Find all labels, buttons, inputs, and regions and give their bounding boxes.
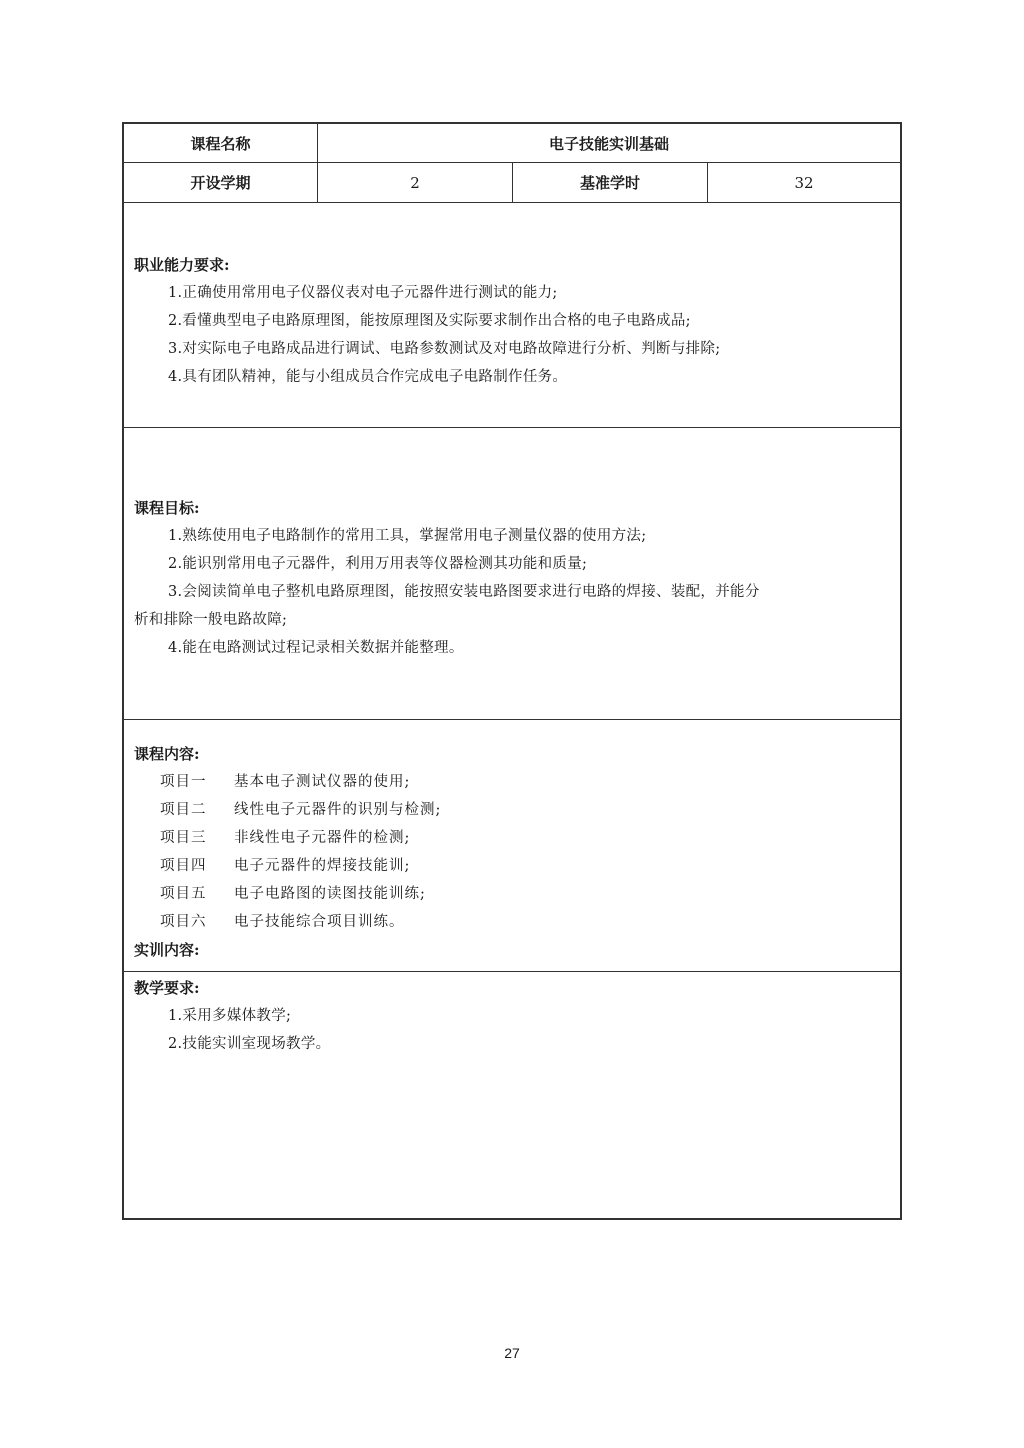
project-name: 电子技能综合项目训练。: [234, 914, 405, 930]
project-item: 项目六电子技能综合项目训练。: [134, 908, 900, 936]
competency-title: 职业能力要求:: [134, 251, 900, 279]
project-number: 项目六: [160, 908, 234, 936]
competency-section: 职业能力要求: 1.正确使用常用电子仪器仪表对电子元器件进行测试的能力; 2.看…: [124, 203, 900, 428]
objective-item: 3.会阅读简单电子整机电路原理图，能按照安装电路图要求进行电路的焊接、装配，并能…: [134, 578, 900, 606]
training-title: 实训内容:: [134, 936, 900, 964]
course-table: 课程名称 电子技能实训基础 开设学期 2 基准学时 32 职业能力要求: 1.正…: [122, 122, 902, 1220]
project-number: 项目三: [160, 824, 234, 852]
project-name: 基本电子测试仪器的使用;: [234, 774, 410, 790]
project-name: 线性电子元器件的识别与检测;: [234, 802, 441, 818]
project-number: 项目四: [160, 852, 234, 880]
competency-item: 1.正确使用常用电子仪器仪表对电子元器件进行测试的能力;: [134, 279, 900, 307]
content-section: 课程内容: 项目一基本电子测试仪器的使用; 项目二线性电子元器件的识别与检测; …: [124, 720, 900, 972]
hours-label: 基准学时: [513, 163, 708, 202]
project-number: 项目五: [160, 880, 234, 908]
objectives-title: 课程目标:: [134, 494, 900, 522]
project-number: 项目二: [160, 796, 234, 824]
course-name-row: 课程名称 电子技能实训基础: [124, 124, 900, 163]
teaching-title: 教学要求:: [134, 974, 900, 1002]
project-item: 项目三非线性电子元器件的检测;: [134, 824, 900, 852]
project-number: 项目一: [160, 768, 234, 796]
project-item: 项目四电子元器件的焊接技能训;: [134, 852, 900, 880]
semester-row: 开设学期 2 基准学时 32: [124, 163, 900, 203]
teaching-item: 1.采用多媒体教学;: [134, 1002, 900, 1030]
teaching-item: 2.技能实训室现场教学。: [134, 1030, 900, 1058]
teaching-section: 教学要求: 1.采用多媒体教学; 2.技能实训室现场教学。: [124, 972, 900, 1218]
project-name: 非线性电子元器件的检测;: [234, 830, 410, 846]
competency-item: 2.看懂典型电子电路原理图，能按原理图及实际要求制作出合格的电子电路成品;: [134, 307, 900, 335]
objective-item: 4.能在电路测试过程记录相关数据并能整理。: [134, 634, 900, 662]
objective-item-continuation: 析和排除一般电路故障;: [134, 606, 900, 634]
page-number: 27: [0, 1345, 1024, 1361]
objective-item: 2.能识别常用电子元器件，利用万用表等仪器检测其功能和质量;: [134, 550, 900, 578]
project-item: 项目一基本电子测试仪器的使用;: [134, 768, 900, 796]
content-title: 课程内容:: [134, 740, 900, 768]
project-item: 项目二线性电子元器件的识别与检测;: [134, 796, 900, 824]
course-name-label: 课程名称: [124, 124, 318, 162]
objectives-section: 课程目标: 1.熟练使用电子电路制作的常用工具，掌握常用电子测量仪器的使用方法;…: [124, 428, 900, 720]
competency-item: 4.具有团队精神，能与小组成员合作完成电子电路制作任务。: [134, 363, 900, 391]
project-name: 电子元器件的焊接技能训;: [234, 858, 410, 874]
semester-value: 2: [318, 163, 513, 202]
objective-item: 1.熟练使用电子电路制作的常用工具，掌握常用电子测量仪器的使用方法;: [134, 522, 900, 550]
hours-value: 32: [708, 163, 900, 202]
project-name: 电子电路图的读图技能训练;: [234, 886, 426, 902]
course-name-value: 电子技能实训基础: [318, 124, 900, 162]
competency-item: 3.对实际电子电路成品进行调试、电路参数测试及对电路故障进行分析、判断与排除;: [134, 335, 900, 363]
project-item: 项目五电子电路图的读图技能训练;: [134, 880, 900, 908]
semester-label: 开设学期: [124, 163, 318, 202]
